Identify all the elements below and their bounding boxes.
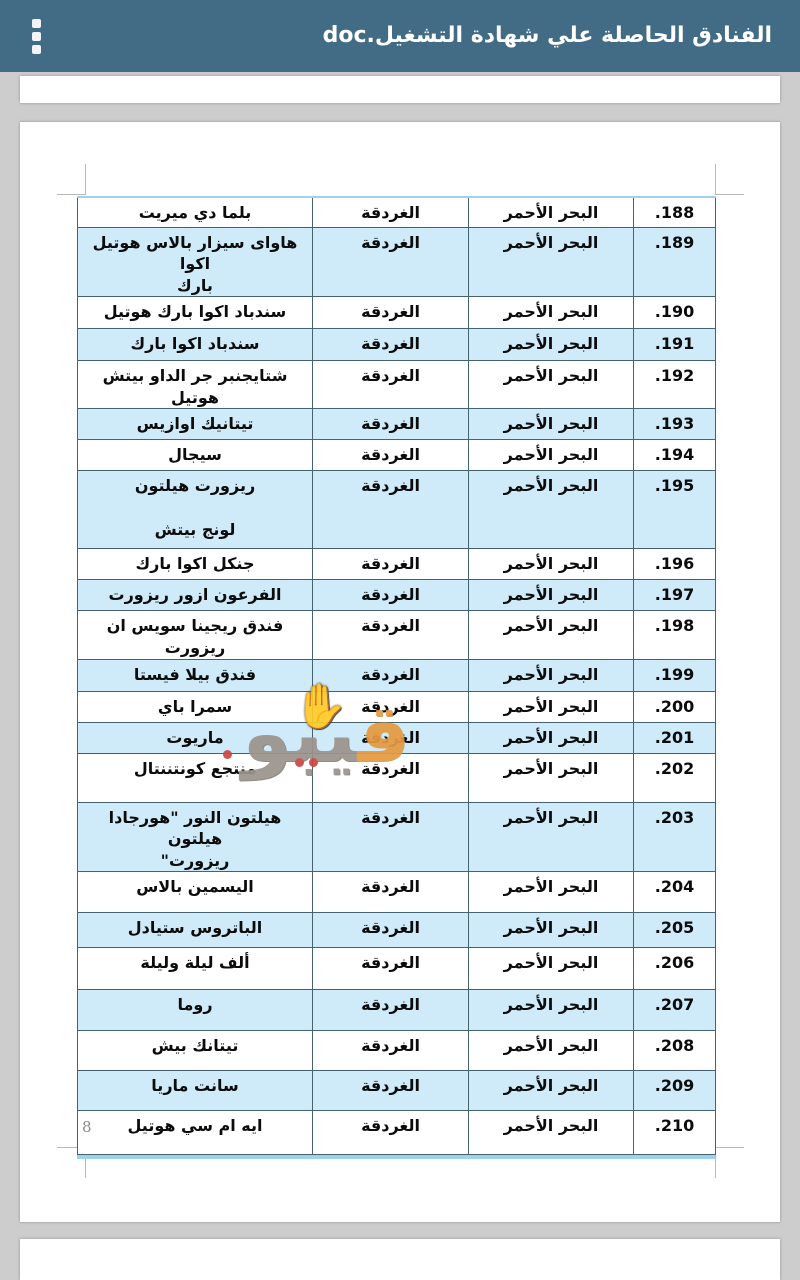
city-cell: الغردقة <box>313 1071 469 1111</box>
hotel-name-cell: ريزورت هيلتون لونج بيتش <box>78 471 313 549</box>
hotel-name-cell: هاواى سيزار بالاس هوتيل اكوا بارك <box>78 227 313 297</box>
menu-dot <box>32 32 41 41</box>
hotels-table-body: .188البحر الأحمرالغردقةبلما دي ميريت.189… <box>78 197 716 1155</box>
row-number-cell: .193 <box>634 409 716 440</box>
region-cell: البحر الأحمر <box>469 580 634 611</box>
table-row: .194البحر الأحمرالغردقةسيجال <box>78 440 716 471</box>
hotel-name-cell: الباتروس ستيادل <box>78 913 313 948</box>
region-cell: البحر الأحمر <box>469 691 634 722</box>
row-number-cell: .202 <box>634 753 716 802</box>
page-number: 8 <box>82 1118 92 1136</box>
hotels-table-wrap: .188البحر الأحمرالغردقةبلما دي ميريت.189… <box>77 196 715 1159</box>
hotel-name-cell: تيتانيك اوازيس <box>78 409 313 440</box>
row-number-cell: .206 <box>634 948 716 990</box>
table-row: .203البحر الأحمرالغردقةهيلتون النور "هور… <box>78 802 716 872</box>
region-cell: البحر الأحمر <box>469 1111 634 1155</box>
table-row: .193البحر الأحمرالغردقةتيتانيك اوازيس <box>78 409 716 440</box>
table-row: .189البحر الأحمرالغردقةهاواى سيزار بالاس… <box>78 227 716 297</box>
row-number-cell: .197 <box>634 580 716 611</box>
row-number-cell: .210 <box>634 1111 716 1155</box>
hotel-name-cell: فندق بيلا فيستا <box>78 659 313 691</box>
city-cell: الغردقة <box>313 691 469 722</box>
table-row: .188البحر الأحمرالغردقةبلما دي ميريت <box>78 197 716 227</box>
region-cell: البحر الأحمر <box>469 227 634 297</box>
margin-mark-top-right <box>715 164 744 195</box>
row-number-cell: .208 <box>634 1031 716 1071</box>
table-row: .206البحر الأحمرالغردقةألف ليلة وليلة <box>78 948 716 990</box>
hotel-name-cell: ألف ليلة وليلة <box>78 948 313 990</box>
hotel-name-cell: ماريوت <box>78 722 313 753</box>
table-row: .199البحر الأحمرالغردقةفندق بيلا فيستا <box>78 659 716 691</box>
region-cell: البحر الأحمر <box>469 297 634 329</box>
hotel-name-cell: سندباد اكوا بارك <box>78 329 313 361</box>
city-cell: الغردقة <box>313 872 469 913</box>
table-row: .210البحر الأحمرالغردقةايه ام سي هوتيل <box>78 1111 716 1155</box>
city-cell: الغردقة <box>313 227 469 297</box>
table-row: .196البحر الأحمرالغردقةجنكل اكوا بارك <box>78 549 716 580</box>
region-cell: البحر الأحمر <box>469 990 634 1031</box>
menu-dot <box>32 45 41 54</box>
table-row: .202البحر الأحمرالغردقةمنتجع كونتننتال <box>78 753 716 802</box>
row-number-cell: .205 <box>634 913 716 948</box>
row-number-cell: .200 <box>634 691 716 722</box>
city-cell: الغردقة <box>313 722 469 753</box>
region-cell: البحر الأحمر <box>469 659 634 691</box>
hotel-name-cell: سمرا باي <box>78 691 313 722</box>
region-cell: البحر الأحمر <box>469 1071 634 1111</box>
hotel-name-cell: سيجال <box>78 440 313 471</box>
city-cell: الغردقة <box>313 471 469 549</box>
city-cell: الغردقة <box>313 659 469 691</box>
city-cell: الغردقة <box>313 948 469 990</box>
table-row: .208البحر الأحمرالغردقةتيتانك بيش <box>78 1031 716 1071</box>
table-bottom-accent <box>77 1155 715 1159</box>
row-number-cell: .192 <box>634 361 716 409</box>
hotel-name-cell: اليسمين بالاس <box>78 872 313 913</box>
table-row: .205البحر الأحمرالغردقةالباتروس ستيادل <box>78 913 716 948</box>
row-number-cell: .203 <box>634 802 716 872</box>
row-number-cell: .191 <box>634 329 716 361</box>
hotel-name-cell: تيتانك بيش <box>78 1031 313 1071</box>
table-row: .198البحر الأحمرالغردقةفندق ريجينا سويس … <box>78 611 716 659</box>
region-cell: البحر الأحمر <box>469 802 634 872</box>
region-cell: البحر الأحمر <box>469 722 634 753</box>
document-title: الفنادق الحاصلة علي شهادة التشغيل.doc <box>323 0 772 72</box>
hotel-name-cell: هيلتون النور "هورجادا هيلتون ريزورت" <box>78 802 313 872</box>
row-number-cell: .201 <box>634 722 716 753</box>
table-row: .201البحر الأحمرالغردقةماريوت <box>78 722 716 753</box>
table-row: .191البحر الأحمرالغردقةسندباد اكوا بارك <box>78 329 716 361</box>
city-cell: الغردقة <box>313 611 469 659</box>
region-cell: البحر الأحمر <box>469 440 634 471</box>
region-cell: البحر الأحمر <box>469 948 634 990</box>
city-cell: الغردقة <box>313 409 469 440</box>
city-cell: الغردقة <box>313 297 469 329</box>
hotel-name-cell: منتجع كونتننتال <box>78 753 313 802</box>
table-row: .200البحر الأحمرالغردقةسمرا باي <box>78 691 716 722</box>
hotel-name-cell: شتايجنبر جر الداو بيتش هوتيل <box>78 361 313 409</box>
row-number-cell: .188 <box>634 197 716 227</box>
city-cell: الغردقة <box>313 753 469 802</box>
region-cell: البحر الأحمر <box>469 872 634 913</box>
row-number-cell: .209 <box>634 1071 716 1111</box>
region-cell: البحر الأحمر <box>469 549 634 580</box>
region-cell: البحر الأحمر <box>469 471 634 549</box>
hotel-name-cell: ايه ام سي هوتيل <box>78 1111 313 1155</box>
city-cell: الغردقة <box>313 580 469 611</box>
table-row: .192البحر الأحمرالغردقةشتايجنبر جر الداو… <box>78 361 716 409</box>
row-number-cell: .194 <box>634 440 716 471</box>
hotel-name-cell: سندباد اكوا بارك هوتيل <box>78 297 313 329</box>
city-cell: الغردقة <box>313 197 469 227</box>
hotel-name-cell: بلما دي ميريت <box>78 197 313 227</box>
row-number-cell: .198 <box>634 611 716 659</box>
region-cell: البحر الأحمر <box>469 361 634 409</box>
hotel-name-cell: الفرعون ازور ريزورت <box>78 580 313 611</box>
row-number-cell: .189 <box>634 227 716 297</box>
next-page-edge <box>20 1239 780 1280</box>
region-cell: البحر الأحمر <box>469 409 634 440</box>
row-number-cell: .196 <box>634 549 716 580</box>
menu-dot <box>32 19 41 28</box>
city-cell: الغردقة <box>313 440 469 471</box>
table-row: .204البحر الأحمرالغردقةاليسمين بالاس <box>78 872 716 913</box>
row-number-cell: .207 <box>634 990 716 1031</box>
table-row: .207البحر الأحمرالغردقةروما <box>78 990 716 1031</box>
app-bar: الفنادق الحاصلة علي شهادة التشغيل.doc <box>0 0 800 72</box>
region-cell: البحر الأحمر <box>469 611 634 659</box>
region-cell: البحر الأحمر <box>469 197 634 227</box>
hotel-name-cell: روما <box>78 990 313 1031</box>
hotel-name-cell: سانت ماريا <box>78 1071 313 1111</box>
margin-mark-top-left <box>57 164 86 195</box>
table-row: .209البحر الأحمرالغردقةسانت ماريا <box>78 1071 716 1111</box>
city-cell: الغردقة <box>313 802 469 872</box>
city-cell: الغردقة <box>313 361 469 409</box>
table-row: .190البحر الأحمرالغردقةسندباد اكوا بارك … <box>78 297 716 329</box>
region-cell: البحر الأحمر <box>469 753 634 802</box>
city-cell: الغردقة <box>313 1111 469 1155</box>
hotel-name-cell: جنكل اكوا بارك <box>78 549 313 580</box>
city-cell: الغردقة <box>313 990 469 1031</box>
city-cell: الغردقة <box>313 913 469 948</box>
region-cell: البحر الأحمر <box>469 1031 634 1071</box>
row-number-cell: .190 <box>634 297 716 329</box>
city-cell: الغردقة <box>313 549 469 580</box>
table-row: .197البحر الأحمرالغردقةالفرعون ازور ريزو… <box>78 580 716 611</box>
table-row: .195البحر الأحمرالغردقةريزورت هيلتون لون… <box>78 471 716 549</box>
row-number-cell: .204 <box>634 872 716 913</box>
city-cell: الغردقة <box>313 329 469 361</box>
city-cell: الغردقة <box>313 1031 469 1071</box>
region-cell: البحر الأحمر <box>469 329 634 361</box>
previous-page-edge <box>20 76 780 103</box>
hotels-table: .188البحر الأحمرالغردقةبلما دي ميريت.189… <box>77 196 716 1155</box>
document-page: .188البحر الأحمرالغردقةبلما دي ميريت.189… <box>20 122 780 1222</box>
hotel-name-cell: فندق ريجينا سويس ان ريزورت <box>78 611 313 659</box>
row-number-cell: .195 <box>634 471 716 549</box>
row-number-cell: .199 <box>634 659 716 691</box>
margin-mark-bottom-right <box>715 1147 744 1178</box>
region-cell: البحر الأحمر <box>469 913 634 948</box>
overflow-menu-icon[interactable] <box>32 19 41 54</box>
